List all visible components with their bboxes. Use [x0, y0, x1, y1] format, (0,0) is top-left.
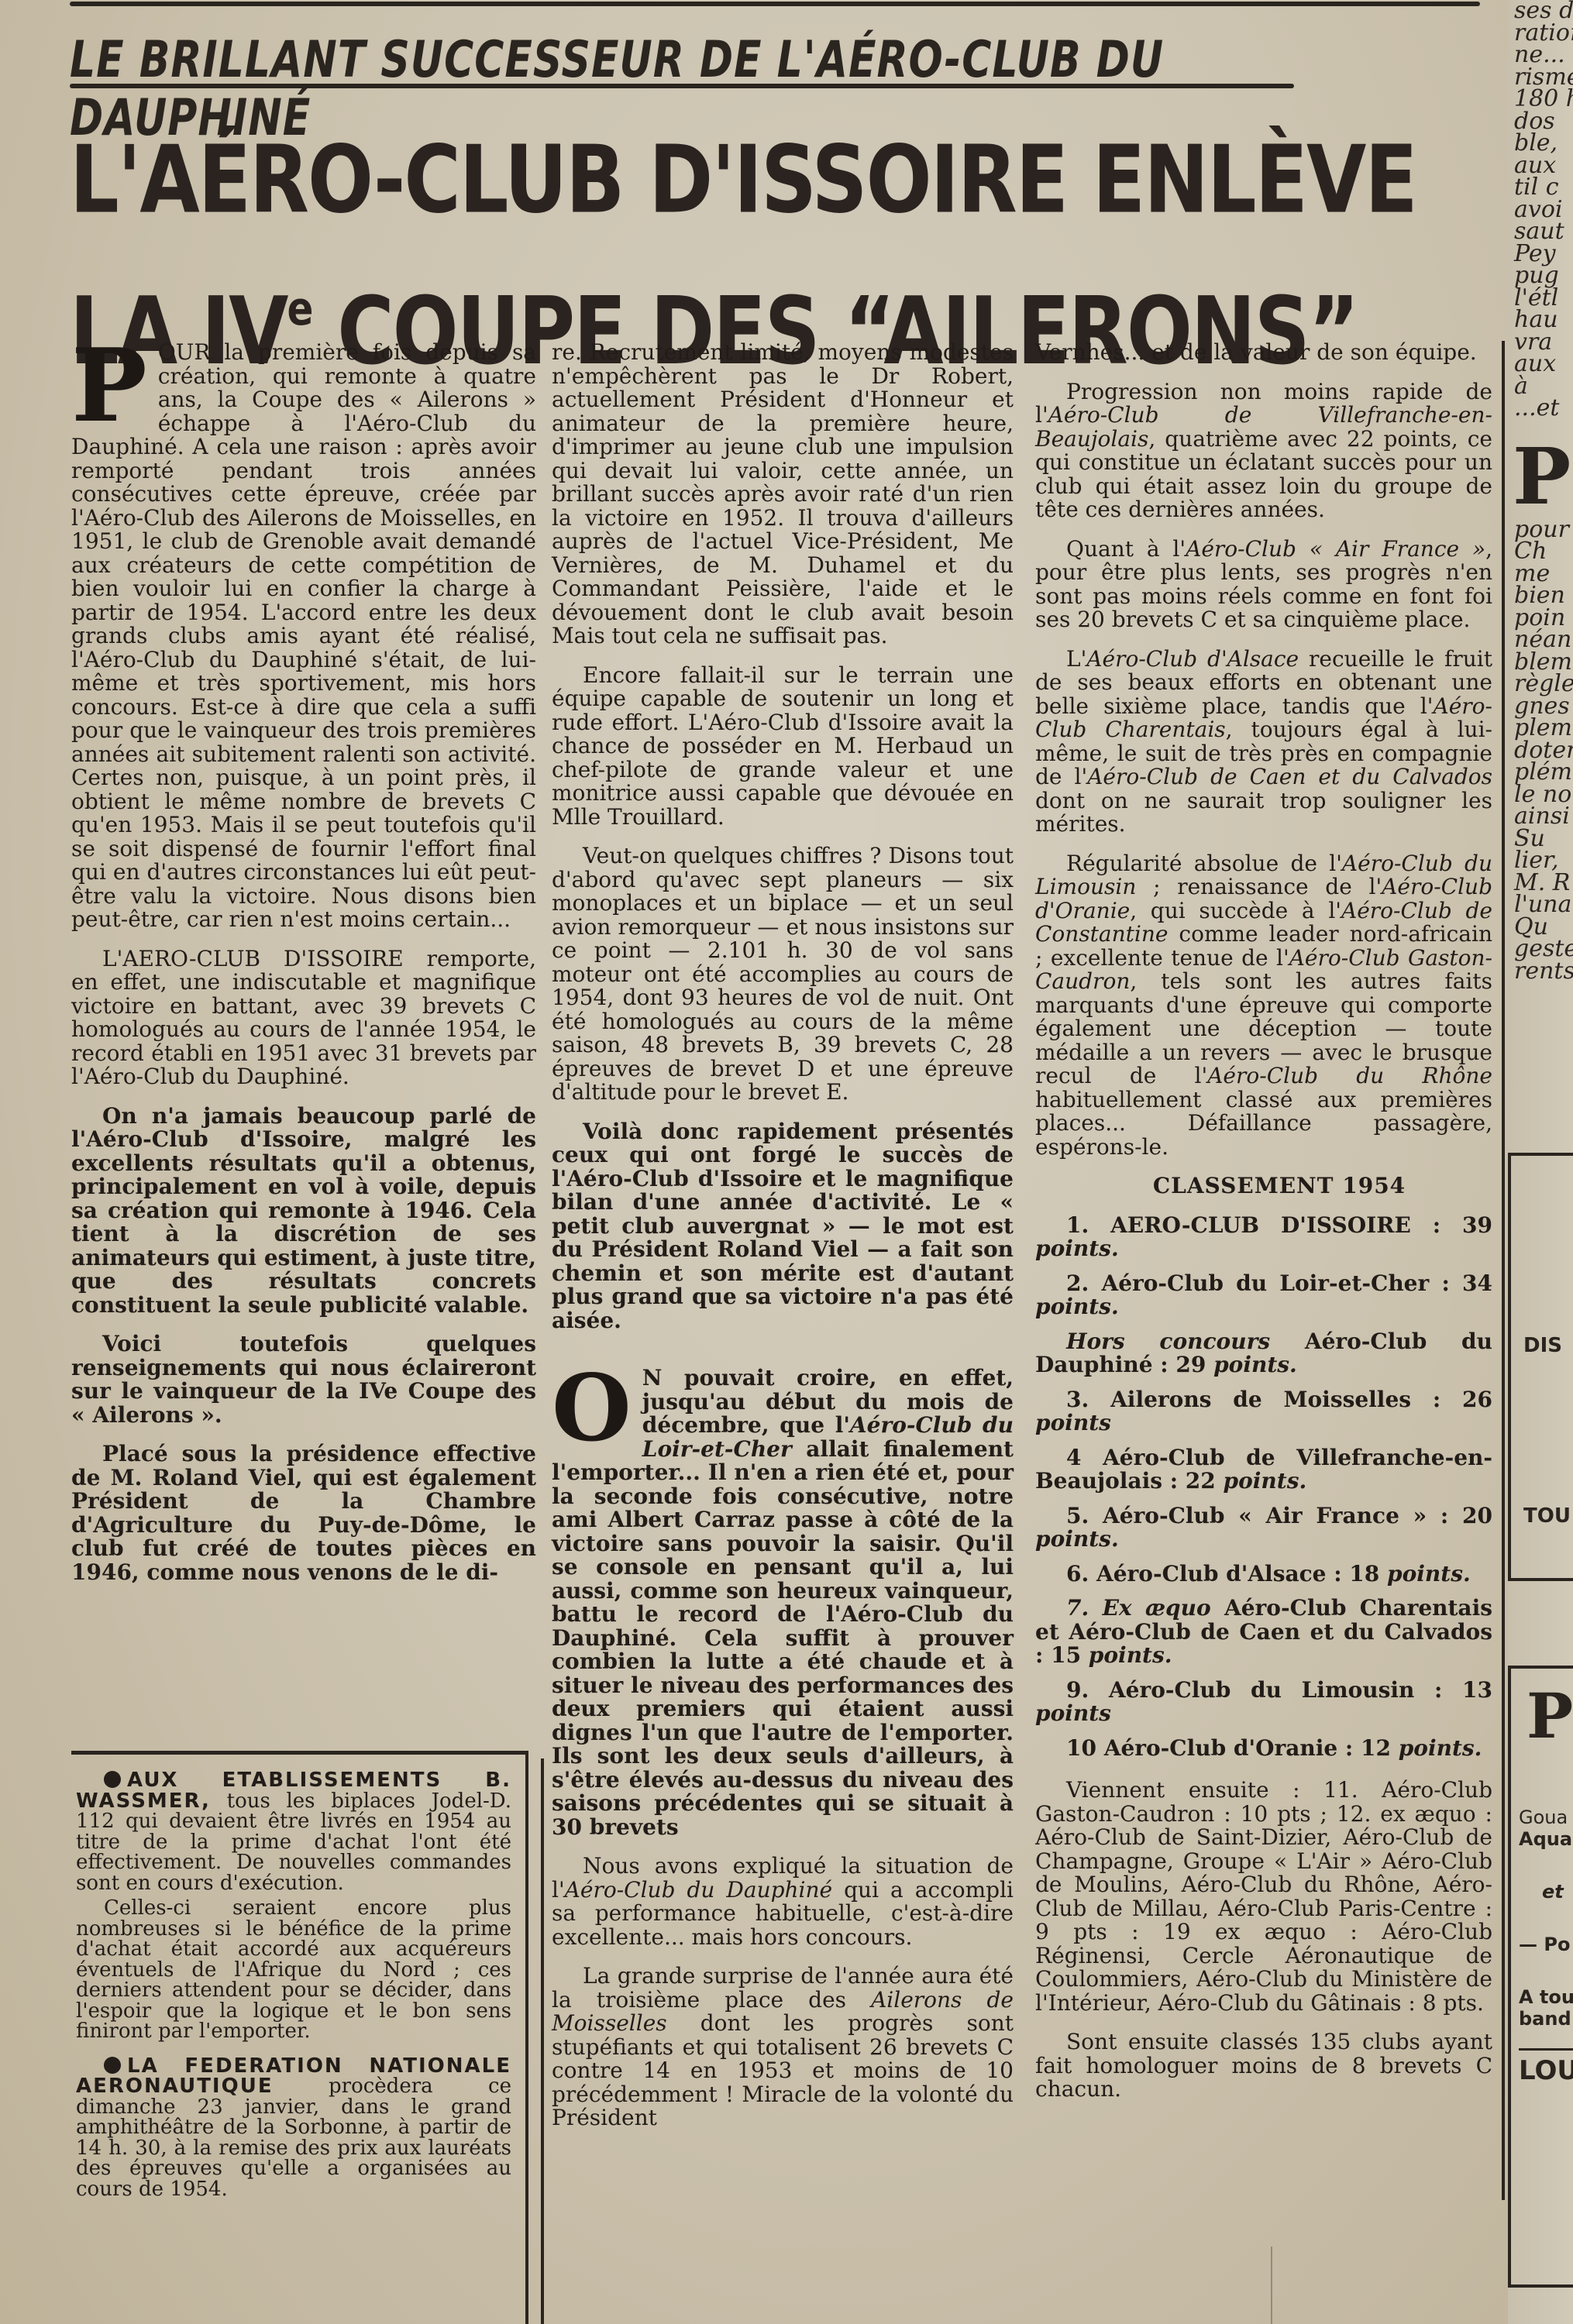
- club-name: Aéro-Club du Dauphiné: [565, 1877, 832, 1903]
- ranking-position: 6.: [1066, 1561, 1096, 1587]
- paragraph: ON pouvait croire, en effet, jusqu'au dé…: [552, 1367, 1014, 1839]
- adjacent-advert-1: DIS TOU: [1508, 1153, 1573, 1581]
- brief-item-continued: Celles-ci seraient encore plus nombreuse…: [76, 1898, 511, 2042]
- ranking-entry: 7. Ex æquo Aéro-Club Charentais et Aéro-…: [1035, 1597, 1492, 1668]
- ranking-entry: 4 Aéro-Club de Villefranche-en-Beaujolai…: [1035, 1446, 1492, 1494]
- paragraph-text: , qui succède à l': [1130, 898, 1341, 923]
- kicker-rule: [70, 84, 1294, 88]
- bullet-icon: [104, 1771, 121, 1788]
- ranking-club: Aéro-Club d'Oranie : 12: [1104, 1735, 1399, 1761]
- ranking-entry: 3. Ailerons de Moisselles : 26 points: [1035, 1388, 1492, 1435]
- adjacent-text-top: ses drationne...risme180 hdosble,auxtil …: [1508, 0, 1573, 420]
- drop-cap: O: [552, 1370, 632, 1447]
- ranking-position: 1.: [1066, 1212, 1110, 1238]
- paragraph-text: habituellement classé aux premières plac…: [1035, 1087, 1492, 1160]
- ranking-position: 9.: [1066, 1677, 1109, 1703]
- advert-text: — Po: [1519, 1934, 1573, 1955]
- paragraph: Vernhes... et de la valeur de son équipe…: [1035, 341, 1492, 365]
- paragraph-text: Quant à l': [1066, 536, 1186, 562]
- paragraph: Quant à l'Aéro-Club « Air France », pour…: [1035, 538, 1492, 632]
- ranking-position: 4: [1066, 1445, 1103, 1470]
- ranking-entry: 9. Aéro-Club du Limousin : 13 points: [1035, 1679, 1492, 1726]
- club-name: Aéro-Club de Caen et du Calvados: [1087, 764, 1492, 789]
- advert-text: band: [1519, 2008, 1573, 2030]
- ranking-unit: points.: [1035, 1236, 1119, 1261]
- headline-line-1: L'AÉRO-CLUB D'ISSOIRE ENLÈVE: [70, 116, 1496, 245]
- ranking-unit: points.: [1035, 1294, 1119, 1319]
- brief-item: LA FEDERATION NATIONALE AERONAUTIQUE pro…: [76, 2056, 511, 2200]
- paragraph: Nous avons expliqué la situation de l'Aé…: [552, 1855, 1014, 1949]
- paragraph-text: dont on ne saurait trop souligner les mé…: [1035, 788, 1492, 837]
- club-name: Aéro-Club « Air France »: [1186, 536, 1485, 562]
- paragraph: L'AERO-CLUB D'ISSOIRE remporte, en effet…: [71, 947, 536, 1089]
- adjacent-text-middle: pour Chmebienpoinnéanblemrèglegnesplemdo…: [1508, 519, 1573, 983]
- advert-text: DIS: [1523, 1334, 1573, 1357]
- column-separator: [541, 1758, 544, 2324]
- paragraph-text: L': [1066, 646, 1086, 672]
- paragraph: Veut-on quelques chiffres ? Disons tout …: [552, 844, 1014, 1105]
- adjacent-drop-cap: P: [1513, 434, 1573, 519]
- ranking-club: Aéro-Club du Loir-et-Cher : 34: [1101, 1270, 1492, 1296]
- advert-text: TOU: [1523, 1504, 1573, 1528]
- ranking-unit: points: [1035, 1410, 1111, 1435]
- ranking-entry: 5. Aéro-Club « Air France » : 20 points.: [1035, 1504, 1492, 1552]
- top-rule: [70, 2, 1480, 6]
- advert-title: PE: [1527, 1679, 1573, 1752]
- paragraph: Régularité absolue de l'Aéro-Club du Lim…: [1035, 852, 1492, 1160]
- ranking-position: 10: [1066, 1735, 1104, 1761]
- ranking-unit: points: [1035, 1700, 1111, 1726]
- column-separator: [1502, 341, 1505, 2200]
- club-name: Aéro-Club d'Alsace: [1086, 646, 1299, 672]
- paragraph: POUR la première fois depuis sa création…: [71, 341, 536, 932]
- ranking-entry: 1. AERO-CLUB D'ISSOIRE : 39 points.: [1035, 1214, 1492, 1261]
- ranking-position: 3.: [1066, 1387, 1110, 1412]
- ranking-position: 5.: [1066, 1503, 1103, 1528]
- ranking-entry: 6. Aéro-Club d'Alsace : 18 points.: [1035, 1563, 1492, 1587]
- ranking-club: Ailerons de Moisselles : 26: [1110, 1387, 1492, 1412]
- ranking-unit: points.: [1213, 1352, 1297, 1377]
- paragraph: re. Recrutement limité, moyens modestes …: [552, 341, 1014, 648]
- ranking-list: 1. AERO-CLUB D'ISSOIRE : 39 points.2. Aé…: [1035, 1214, 1492, 1761]
- club-name-lead: L'AERO-CLUB D'ISSOIRE: [102, 946, 404, 971]
- bullet-icon: [104, 2057, 121, 2074]
- ranking-title: CLASSEMENT 1954: [1035, 1174, 1492, 1198]
- advert-text: Aqua: [1519, 1828, 1573, 1850]
- brief-item: AUX ETABLISSEMENTS B. WASSMER, tous les …: [76, 1770, 511, 1893]
- ranking-position: Hors concours: [1066, 1329, 1305, 1354]
- paragraph: Sont ensuite classés 135 clubs ayant fai…: [1035, 2030, 1492, 2102]
- ranking-club: AERO-CLUB D'ISSOIRE : 39: [1110, 1212, 1492, 1238]
- adjacent-text-line: ...et: [1514, 397, 1573, 420]
- ranking-unit: points.: [1387, 1561, 1471, 1587]
- paragraph-text: allait finalement l'emporter... Il n'en …: [552, 1436, 1014, 1840]
- ranking-club: Aéro-Club d'Alsace : 18: [1096, 1561, 1387, 1587]
- club-name: Aéro-Club du Rhône: [1207, 1063, 1492, 1088]
- headline-ordinal: e: [287, 282, 312, 336]
- paragraph-text: Régularité absolue de l': [1066, 851, 1342, 876]
- paragraph: Placé sous la présidence effective de M.…: [71, 1442, 536, 1584]
- ranking-unit: points.: [1089, 1642, 1172, 1668]
- paper-crease: [1271, 2247, 1272, 2324]
- drop-cap: P: [71, 344, 147, 428]
- ranking-club: Aéro-Club du Limousin : 13: [1109, 1677, 1492, 1703]
- ranking-position: 2.: [1066, 1270, 1101, 1296]
- paragraph: Encore fallait-il sur le terrain une équ…: [552, 664, 1014, 830]
- ranking-unit: points.: [1035, 1526, 1119, 1552]
- paragraph: Voilà donc rapidement présentés ceux qui…: [552, 1120, 1014, 1333]
- paragraph: Viennent ensuite : 11. Aéro-Club Gaston-…: [1035, 1779, 1492, 2015]
- advert-text: Goua: [1519, 1807, 1573, 1828]
- paragraph: L'Aéro-Club d'Alsace recueille le fruit …: [1035, 648, 1492, 837]
- paragraph: On n'a jamais beaucoup parlé de l'Aéro-C…: [71, 1105, 536, 1318]
- ranking-entry: 2. Aéro-Club du Loir-et-Cher : 34 points…: [1035, 1272, 1492, 1319]
- article-column-2: re. Recrutement limité, moyens modestes …: [552, 341, 1014, 2146]
- advert-text: A tou: [1519, 1986, 1573, 2008]
- ranking-unit: points.: [1224, 1468, 1307, 1494]
- ranking-position: 7. Ex æquo: [1066, 1595, 1224, 1621]
- article-column-1: POUR la première fois depuis sa création…: [71, 341, 536, 1600]
- advert-text: LOU: [1519, 2048, 1573, 2086]
- ranking-entry: 10 Aéro-Club d'Oranie : 12 points.: [1035, 1737, 1492, 1761]
- ranking-unit: points.: [1399, 1735, 1482, 1761]
- adjacent-text-line: rents: [1514, 961, 1573, 983]
- news-briefs-box: AUX ETABLISSEMENTS B. WASSMER, tous les …: [71, 1751, 528, 2324]
- paragraph-text: ; renaissance de l': [1136, 874, 1382, 899]
- paragraph: La grande surprise de l'année aura été l…: [552, 1965, 1014, 2130]
- ranking-entry: Hors concours Aéro-Club du Dauphiné : 29…: [1035, 1330, 1492, 1377]
- article-column-3: Vernhes... et de la valeur de son équipe…: [1035, 341, 1492, 2117]
- ranking-club: Aéro-Club « Air France » : 20: [1103, 1503, 1492, 1528]
- paragraph: Voici toutefois quelques renseignements …: [71, 1332, 536, 1427]
- advert-text: et: [1542, 1881, 1573, 1903]
- paragraph: Progression non moins rapide de l'Aéro-C…: [1035, 380, 1492, 522]
- adjacent-advert-2: PE Goua Aqua et — Po A tou band LOU: [1508, 1666, 1573, 2288]
